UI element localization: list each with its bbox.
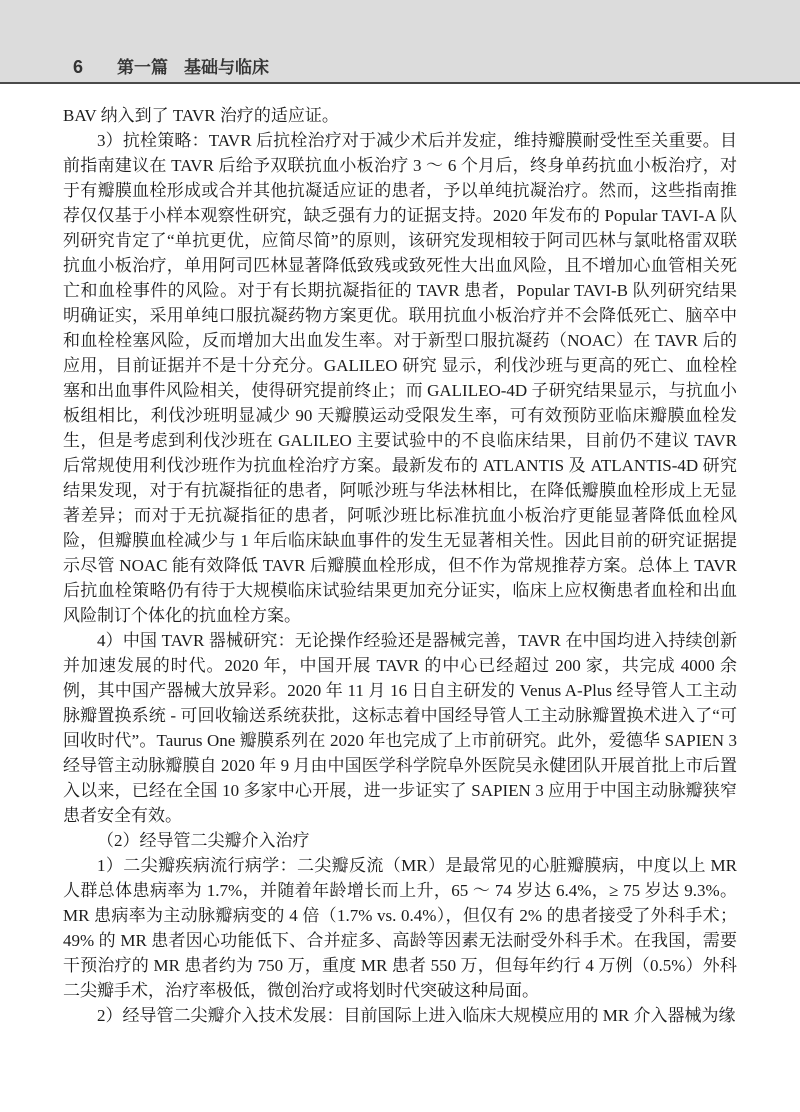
paragraph: BAV 纳入到了 TAVR 治疗的适应证。 (63, 103, 737, 128)
body-text: BAV 纳入到了 TAVR 治疗的适应证。3）抗栓策略：TAVR 后抗栓治疗对于… (63, 103, 737, 1028)
paragraph: 3）抗栓策略：TAVR 后抗栓治疗对于减少术后并发症，维持瓣膜耐受性至关重要。目… (63, 128, 737, 628)
paragraph: （2）经导管二尖瓣介入治疗 (63, 828, 737, 853)
page-header: 6 第一篇 基础与临床 (0, 0, 800, 84)
page-number: 6 (73, 58, 83, 76)
book-page: 6 第一篇 基础与临床 BAV 纳入到了 TAVR 治疗的适应证。3）抗栓策略：… (0, 0, 800, 1112)
paragraph: 2）经导管二尖瓣介入技术发展：目前国际上进入临床大规模应用的 MR 介入器械为缘 (63, 1003, 737, 1028)
part-title: 基础与临床 (184, 59, 269, 76)
paragraph: 1）二尖瓣疾病流行病学：二尖瓣反流（MR）是最常见的心脏瓣膜病，中度以上 MR … (63, 853, 737, 1003)
paragraph: 4）中国 TAVR 器械研究：无论操作经验还是器械完善，TAVR 在中国均进入持… (63, 628, 737, 828)
part-label: 第一篇 (117, 59, 168, 76)
